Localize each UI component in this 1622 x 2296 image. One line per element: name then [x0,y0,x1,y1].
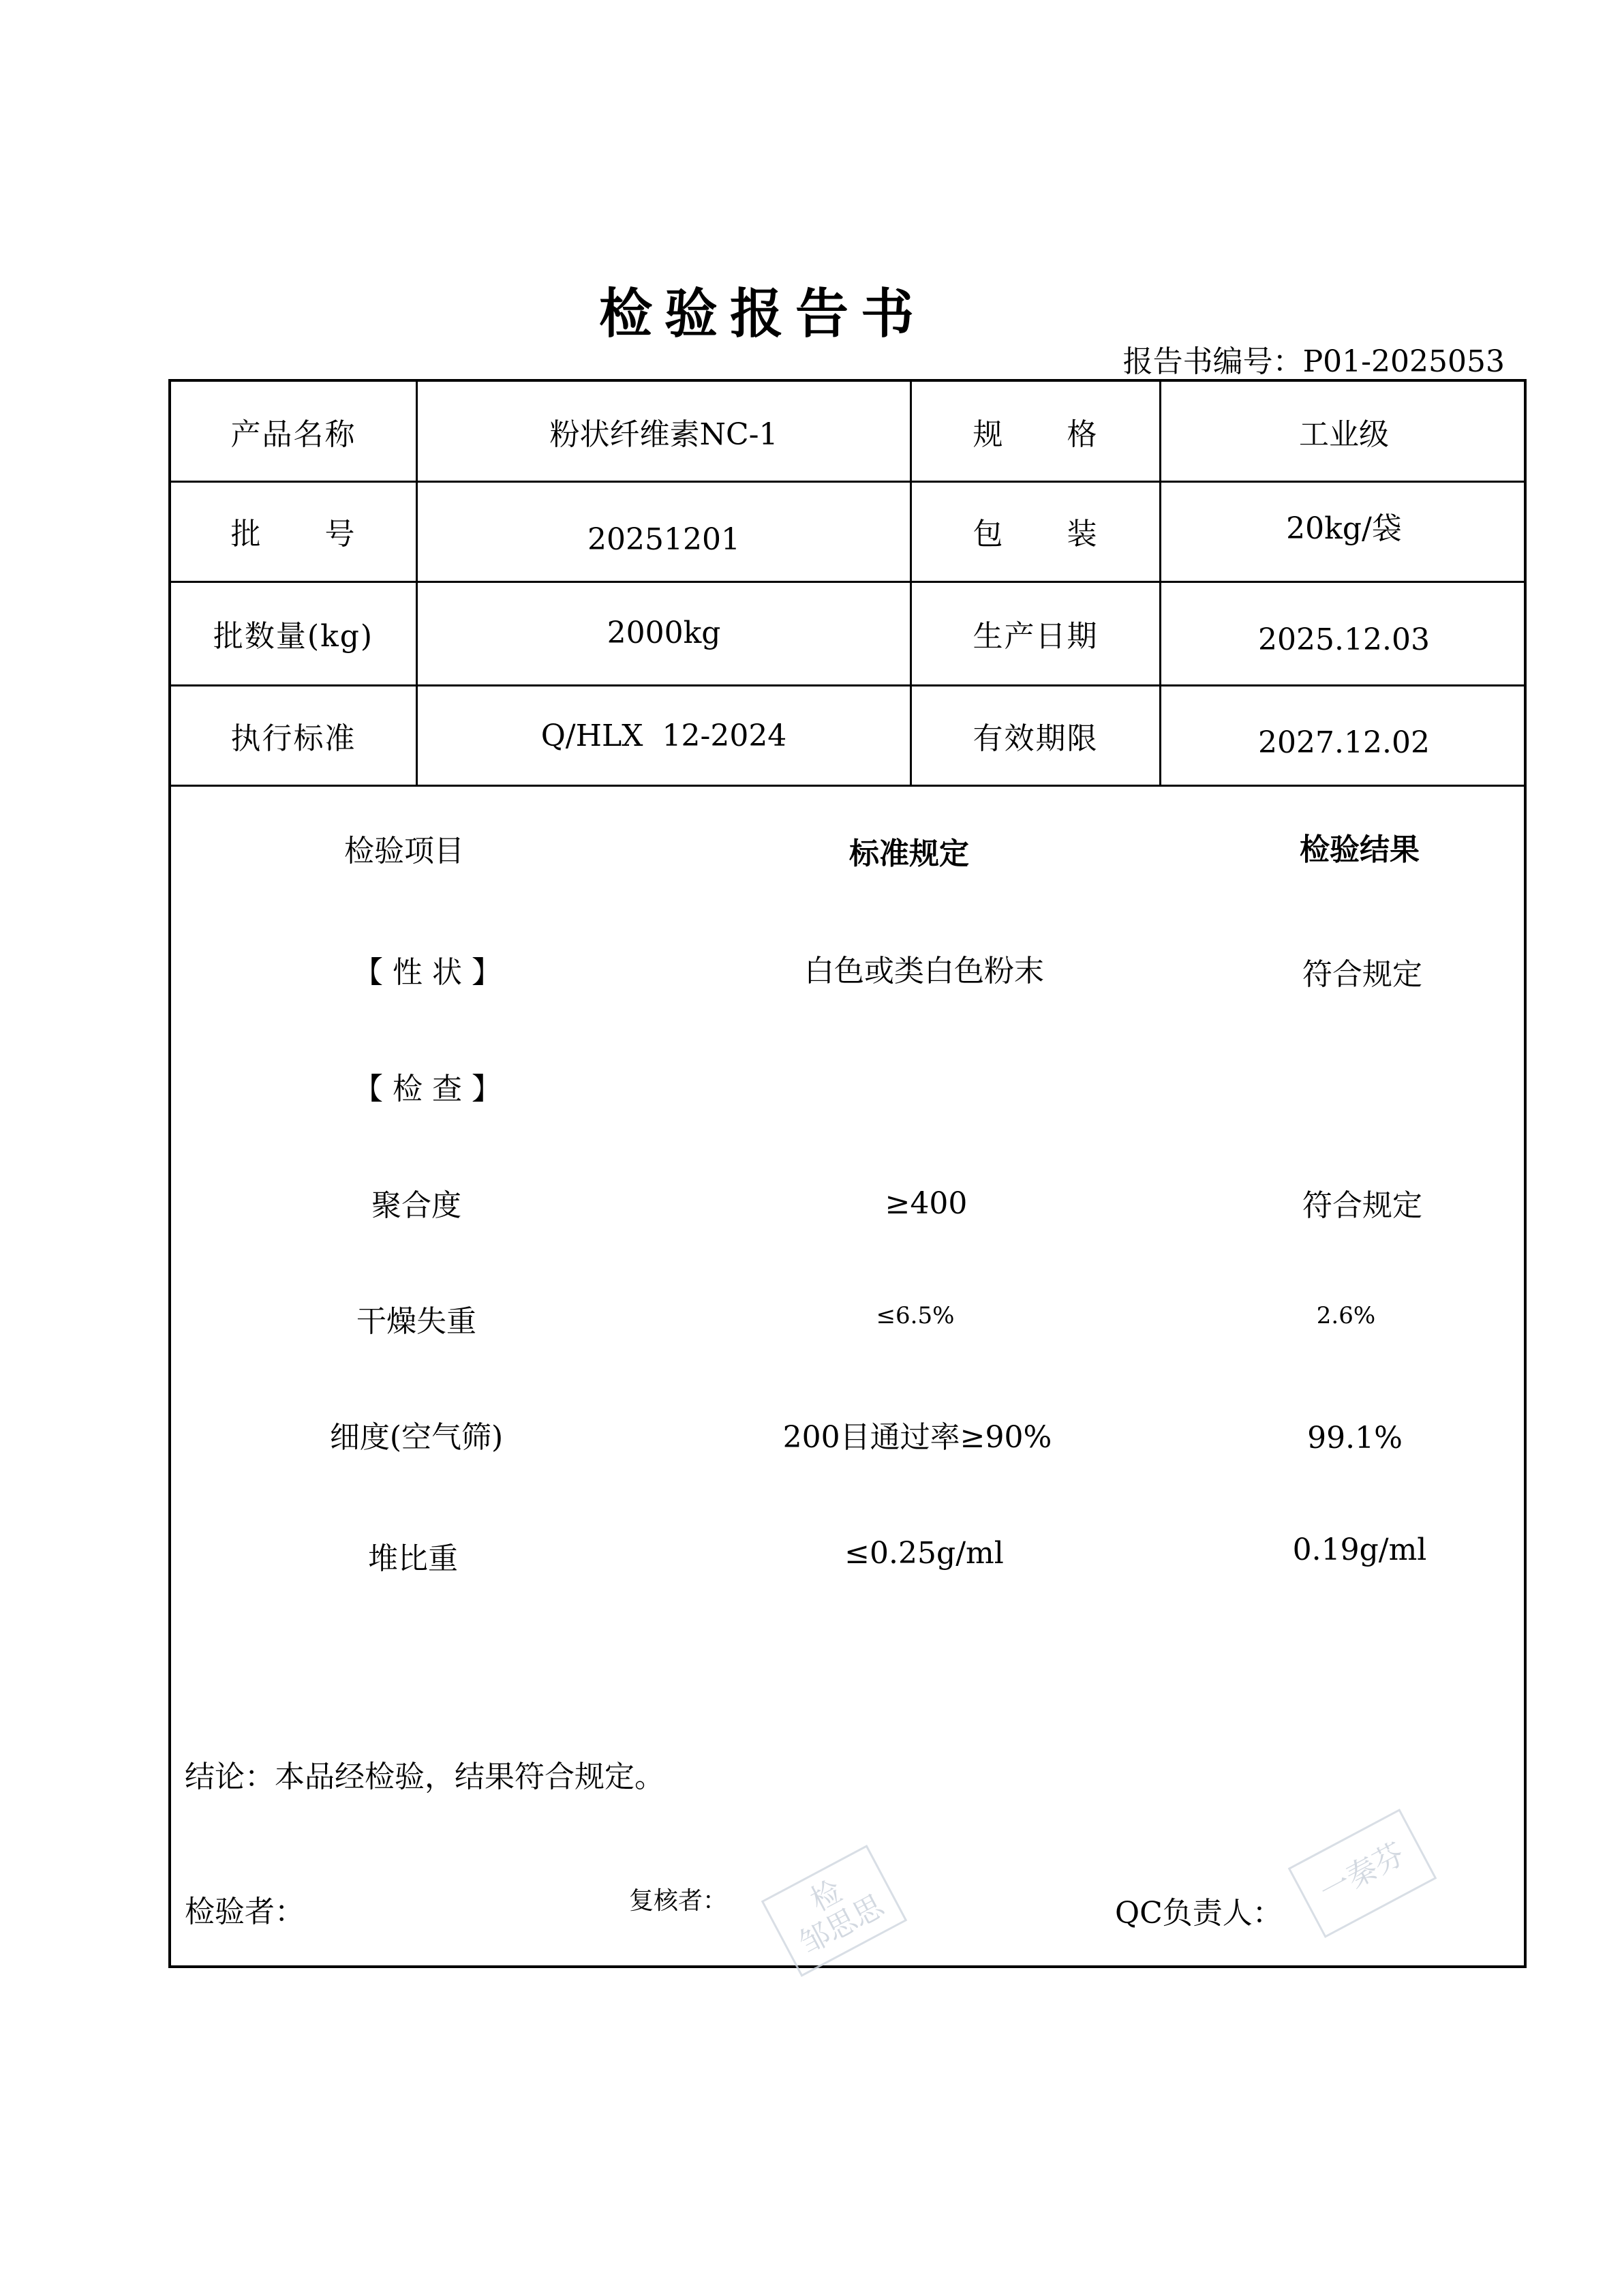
value-standard: Q/HLX 12-2024 [418,686,910,785]
conclusion-text: 结论：本品经检验，结果符合规定。 [185,1752,664,1796]
standard-fineness: 200目通过率≥90% [783,1413,1052,1456]
value-product-name: 粉状纤维素NC-1 [418,382,910,481]
label-product-name: 产品名称 [171,382,416,481]
item-fineness: 细度(空气筛) [330,1413,503,1456]
result-fineness: 99.1% [1307,1421,1403,1455]
qc-label: QC负责人： [1115,1888,1283,1932]
reviewer-stamp: 检 邹思思 [761,1845,908,1977]
appearance-result: 符合规定 [1302,950,1422,993]
section-check: 【 检 查 】 [353,1064,502,1108]
value-production-date: 2025.12.03 [1161,590,1527,690]
label-production-date: 生产日期 [912,583,1159,683]
report-number: 报告书编号：P01-2025053 [1123,337,1505,380]
label-packaging: 包 装 [912,483,1159,579]
standard-polymerization: ≥400 [885,1186,968,1221]
section-appearance: 【 性 状 】 [353,948,502,991]
header-standard: 标准规定 [849,829,969,873]
header-result: 检验结果 [1300,825,1420,868]
item-loss-on-drying: 干燥失重 [356,1297,476,1340]
report-number-label: 报告书编号： [1123,344,1303,379]
value-spec: 工业级 [1161,382,1527,481]
value-batch-quantity: 2000kg [418,583,910,683]
result-bulk-density: 0.19g/ml [1293,1532,1427,1567]
label-batch-quantity: 批数量(kg) [171,583,416,683]
label-standard: 执行标准 [171,686,416,785]
header-inspection-item: 检验项目 [344,826,464,870]
value-batch-no: 20251201 [418,491,910,588]
result-loss-on-drying: 2.6% [1317,1302,1375,1329]
label-batch-no: 批 号 [171,483,416,579]
value-expiry: 2027.12.02 [1161,693,1527,791]
label-spec: 规 格 [912,382,1159,481]
standard-bulk-density: ≤0.25g/ml [844,1536,1004,1571]
label-expiry: 有效期限 [912,686,1159,785]
inspector-label: 检验者： [185,1887,305,1931]
standard-loss-on-drying: ≤6.5% [876,1302,955,1329]
item-bulk-density: 堆比重 [368,1534,458,1577]
report-number-value: P01-2025053 [1303,344,1505,379]
reviewer-label: 复核者： [629,1882,727,1916]
report-table: 产品名称 粉状纤维素NC-1 规 格 工业级 批 号 20251201 包 装 … [168,379,1527,1968]
item-polymerization: 聚合度 [371,1181,461,1224]
qc-stamp: 一秦芬 [1288,1809,1437,1938]
value-packaging: 20kg/袋 [1161,477,1527,574]
result-polymerization: 符合规定 [1302,1181,1422,1224]
appearance-standard: 白色或类白色粉末 [804,946,1044,990]
